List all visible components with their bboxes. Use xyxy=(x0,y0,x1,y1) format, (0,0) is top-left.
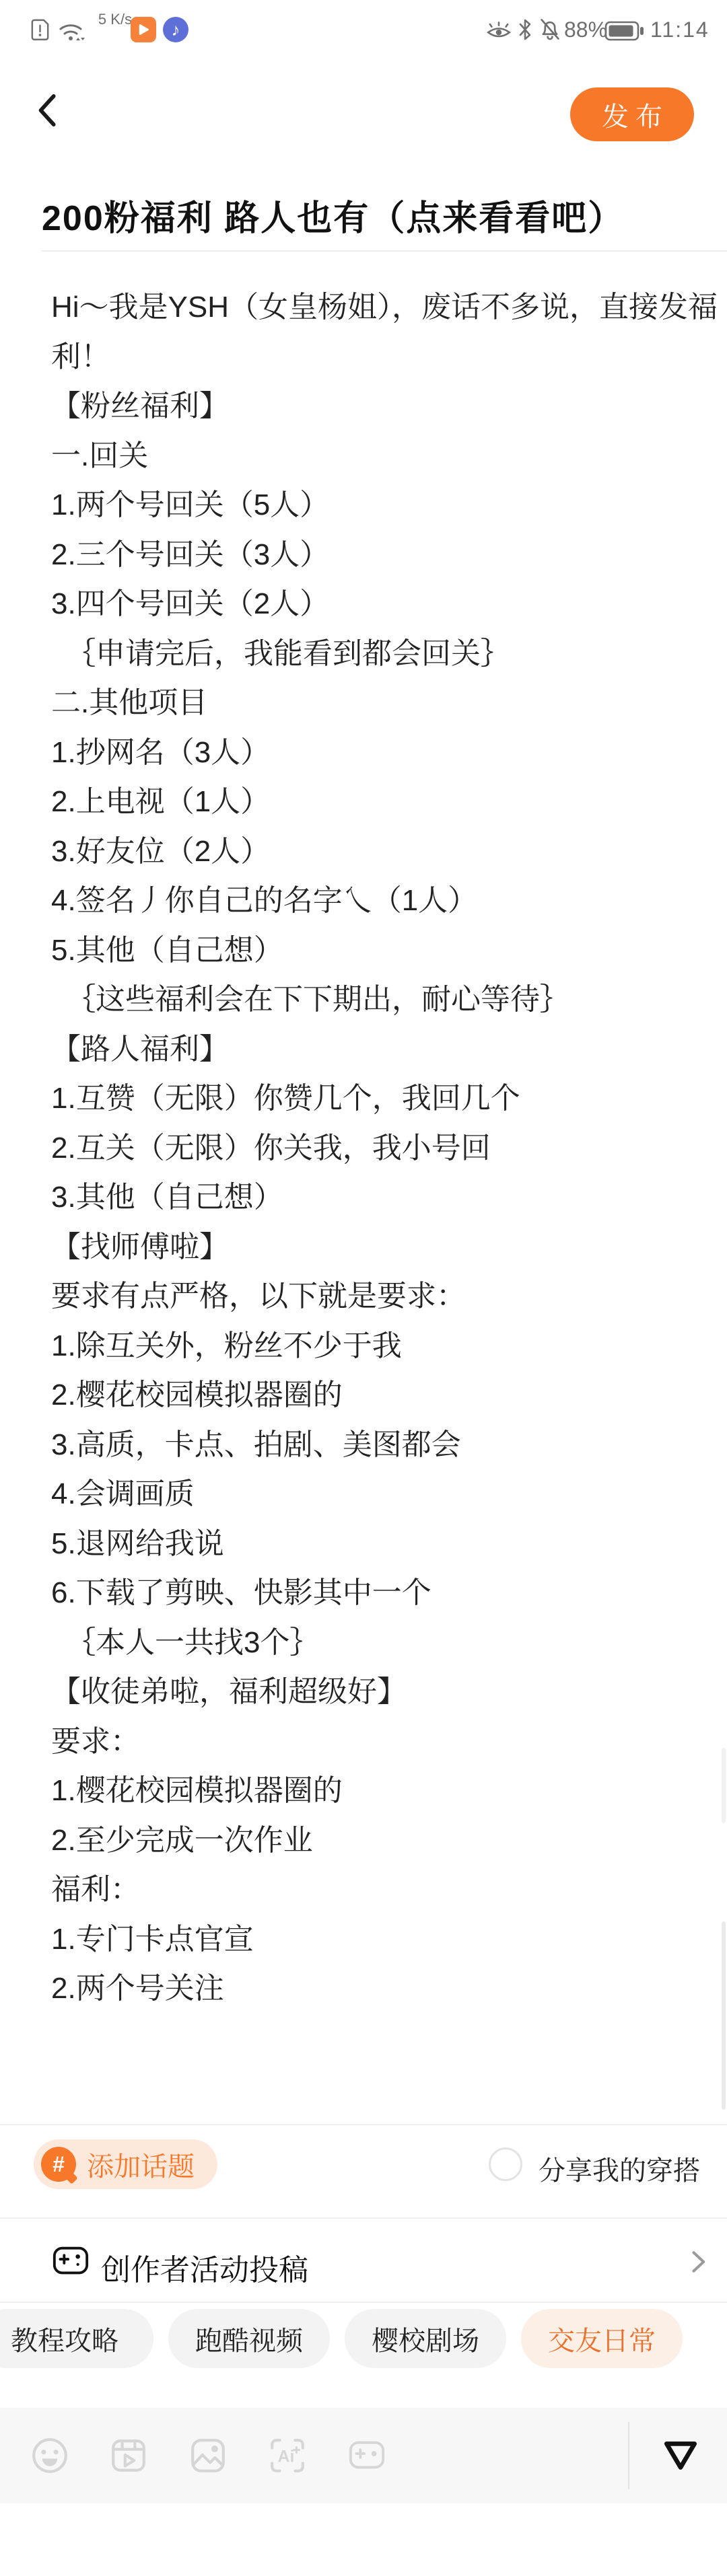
music-note-glyph: ♪ xyxy=(172,20,180,40)
network-speed-unit: K/s xyxy=(110,11,132,28)
body-line: 【找师傅啦】 xyxy=(51,1222,707,1272)
tag-pill-tutorial[interactable]: 教程攻略 xyxy=(0,2309,153,2368)
divider xyxy=(42,250,727,252)
hashtag-bubble-icon: # xyxy=(41,2147,76,2182)
body-line: Hi～我是YSH（女皇杨姐），废话不多说，直接发福 xyxy=(51,283,707,332)
body-line: 2.互关（无限）你关我，我小号回 xyxy=(51,1124,707,1173)
gamepad-toolbar-icon[interactable] xyxy=(347,2436,386,2475)
body-line: 1.抄网名（3人） xyxy=(51,728,707,778)
body-line: ｛这些福利会在下下期出，耐心等待｝ xyxy=(51,975,707,1025)
mute-icon xyxy=(539,17,561,42)
body-line: 要求有点严格，以下就是要求： xyxy=(51,1272,707,1321)
body-line: 3.好友位（2人） xyxy=(51,827,707,877)
body-line: 二.其他项目 xyxy=(51,678,707,728)
battery-icon xyxy=(604,21,645,41)
editor-toolbar: Ai xyxy=(0,2408,727,2503)
sim-alert-icon xyxy=(31,19,49,40)
share-outfit-checkbox[interactable] xyxy=(489,2147,522,2181)
tag-pill-parkour[interactable]: 跑酷视频 xyxy=(168,2309,330,2368)
add-topic-button[interactable]: # 添加话题 xyxy=(34,2139,217,2189)
ai-text-icon[interactable]: Ai xyxy=(268,2436,307,2475)
divider xyxy=(0,2217,727,2219)
body-line: 1.专门卡点官宣 xyxy=(51,1915,707,1964)
status-bar: 5 K/s ♪ 88% xyxy=(0,0,727,59)
toolbar-divider xyxy=(628,2422,629,2489)
hash-glyph: # xyxy=(53,2152,65,2177)
network-speed: 5 K/s xyxy=(96,11,135,28)
image-icon[interactable] xyxy=(188,2436,228,2475)
network-speed-value: 5 xyxy=(98,11,106,28)
body-line: 2.樱花校园模拟器圈的 xyxy=(51,1370,707,1420)
body-line: 6.下载了剪映、快影其中一个 xyxy=(51,1568,707,1618)
gamepad-icon xyxy=(51,2242,90,2281)
body-line: 4.会调画质 xyxy=(51,1469,707,1519)
body-line: 一.回关 xyxy=(51,431,707,481)
body-line: 【粉丝福利】 xyxy=(51,381,707,431)
bluetooth-icon xyxy=(517,17,533,42)
back-button[interactable] xyxy=(30,89,67,135)
header: 发布 xyxy=(0,59,727,161)
tag-bar: 教程攻略 跑酷视频 樱校剧场 交友日常 xyxy=(0,2309,683,2368)
body-line: 【收徒弟啦，福利超级好】 xyxy=(51,1667,707,1717)
tag-pill-daily[interactable]: 交友日常 xyxy=(521,2309,683,2368)
emoji-icon[interactable] xyxy=(30,2436,69,2475)
chevron-right-icon xyxy=(683,2247,712,2277)
body-line: 福利： xyxy=(51,1865,707,1915)
body-line: 3.高质，卡点、拍剧、美图都会 xyxy=(51,1420,707,1470)
video-icon[interactable] xyxy=(109,2436,148,2475)
publish-button[interactable]: 发布 xyxy=(570,87,694,141)
body-line: 1.除互关外，粉丝不少于我 xyxy=(51,1321,707,1371)
share-outfit-label: 分享我的穿搭 xyxy=(539,2149,700,2188)
music-app-icon: ♪ xyxy=(163,17,188,42)
body-line: 1.两个号回关（5人） xyxy=(51,480,707,530)
scrollbar-thumb xyxy=(722,1921,726,2110)
body-line: 1.樱花校园模拟器圈的 xyxy=(51,1766,707,1816)
body-line: 2.上电视（1人） xyxy=(51,777,707,827)
add-topic-label: 添加话题 xyxy=(87,2145,195,2184)
video-app-icon xyxy=(131,17,156,42)
body-line: ｛本人一共找3个｝ xyxy=(51,1618,707,1668)
divider xyxy=(0,2302,727,2303)
clock: 11:14 xyxy=(650,19,709,40)
body-line: 4.签名丿你自己的名字乀（1人） xyxy=(51,876,707,926)
body-line: 5.其他（自己想） xyxy=(51,926,707,976)
body-line: 5.退网给我说 xyxy=(51,1519,707,1569)
scrollbar-segment xyxy=(722,1748,726,1823)
body-line: ｛申请完后，我能看到都会回关｝ xyxy=(51,629,707,679)
post-body-editor[interactable]: Hi～我是YSH（女皇杨姐），废话不多说，直接发福利！【粉丝福利】一.回关1.两… xyxy=(51,283,707,2014)
body-line: 2.两个号关注 xyxy=(51,1964,707,2014)
body-line: 2.三个号回关（3人） xyxy=(51,530,707,580)
tag-pill-theater[interactable]: 樱校剧场 xyxy=(345,2309,506,2368)
ai-glyph: Ai xyxy=(278,2448,295,2466)
back-chevron-icon xyxy=(33,90,64,134)
divider xyxy=(0,2124,727,2125)
publish-post-screen: 5 K/s ♪ 88% xyxy=(0,0,727,2576)
wifi-icon xyxy=(58,20,86,43)
eye-comfort-icon xyxy=(486,21,512,40)
post-title-input[interactable]: 200粉福利 路人也有（点来看看吧） xyxy=(42,190,701,240)
battery-percent: 88% xyxy=(564,19,607,40)
keyboard-collapse-icon[interactable] xyxy=(661,2436,700,2475)
body-line: 1.互赞（无限）你赞几个，我回几个 xyxy=(51,1074,707,1124)
body-line: 3.其他（自己想） xyxy=(51,1173,707,1222)
body-line: 【路人福利】 xyxy=(51,1025,707,1074)
body-line: 2.至少完成一次作业 xyxy=(51,1816,707,1866)
body-line: 利！ xyxy=(51,332,707,382)
body-line: 3.四个号回关（2人） xyxy=(51,579,707,629)
creator-activity-label: 创作者活动投稿 xyxy=(101,2246,308,2289)
body-line: 要求： xyxy=(51,1717,707,1767)
